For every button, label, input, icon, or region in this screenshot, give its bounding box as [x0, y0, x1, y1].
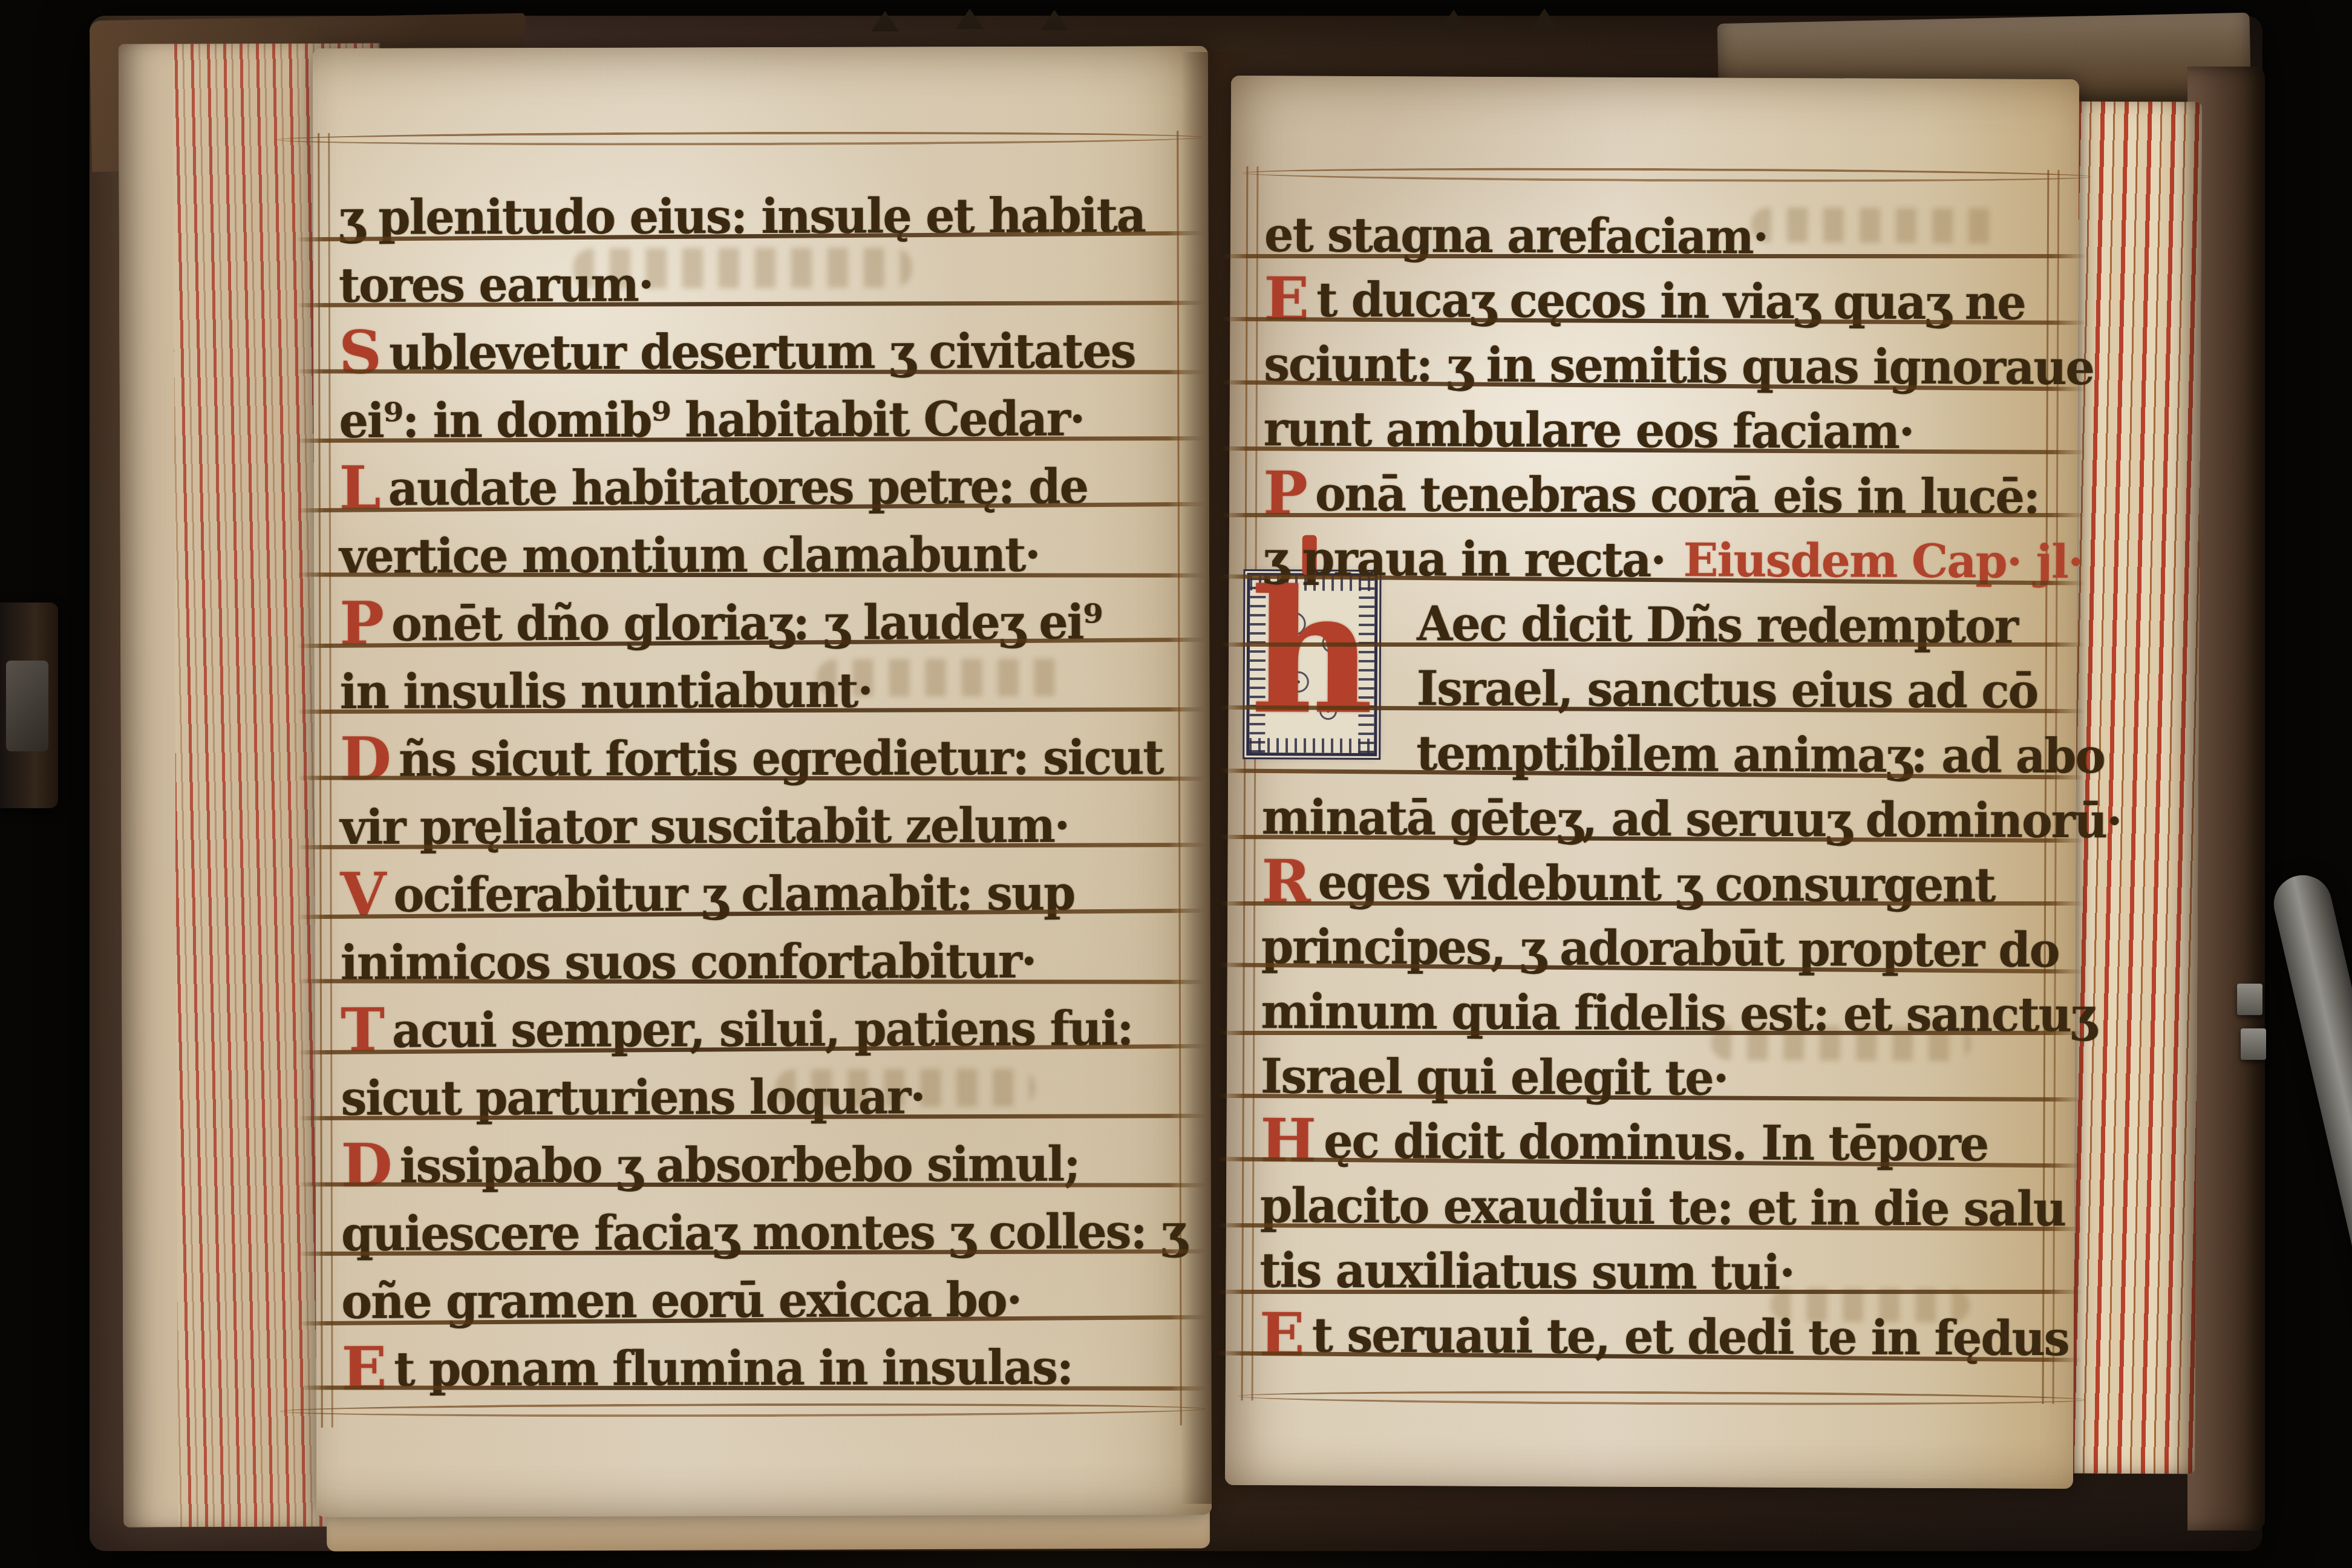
manuscript-line: Dñs sicut fortis egredietur: sicut [340, 716, 1187, 786]
line-text: Israel qui elegit te· [1261, 1048, 1728, 1106]
manuscript-line: minum quia fidelis est: et sanctuʒ [1261, 973, 2065, 1042]
catch-plate [2237, 984, 2262, 1015]
manuscript-line: placito exaudiui te: et in die salu [1260, 1168, 2065, 1236]
manuscript-line: ʒ plenitudo eius: insulę et habita [338, 174, 1185, 244]
manuscript-line: Israel, sanctus eius ad cō [1262, 650, 2066, 718]
left-text-column: ʒ plenitudo eius: insulę et habitatores … [338, 174, 1188, 1396]
chapter-rubric: Eiusdem Cap· jl· [1683, 533, 2082, 589]
manuscript-line: sciunt: ʒ in semitis quas ignoraue [1264, 326, 2068, 394]
versal-initial: P [1263, 467, 1308, 521]
manuscript-line: inimicos suos confortabitur· [341, 920, 1187, 990]
clasp-strap [0, 603, 58, 808]
line-text: sciunt: ʒ in semitis quas ignoraue [1264, 336, 2094, 396]
bottom-ruling-line [280, 1402, 1206, 1418]
fore-edge-leaves-right [2070, 101, 2202, 1474]
clasp-metal-plate [6, 661, 48, 751]
versal-initial: H [1260, 1114, 1316, 1168]
versal-initial: E [1259, 1308, 1305, 1362]
line-text: onēt dño gloriaʒ: ʒ laudeʒ ei⁹ [391, 594, 1102, 652]
manuscript-line: Et ducaʒ cęcos in viaʒ quaʒ ne [1264, 261, 2068, 330]
manuscript-line: quiescere faciaʒ montes ʒ colles: ʒ [341, 1191, 1188, 1261]
manuscript-line: sicut parturiens loquar· [341, 1055, 1187, 1125]
line-text: ʒ plenitudo eius: insulę et habita [338, 188, 1145, 246]
line-text: oñe gramen eorū exicca bo· [341, 1272, 1021, 1330]
manuscript-line: in insulis nuntiabunt· [339, 648, 1186, 719]
line-text: Israel, sanctus eius ad cō [1416, 661, 2037, 719]
manuscript-line: oñe gramen eorū exicca bo· [341, 1258, 1188, 1328]
manuscript-line: vertice montium clamabunt· [339, 513, 1186, 583]
right-text-column: et stagna arefaciam·Et ducaʒ cęcos in vi… [1259, 197, 2069, 1365]
manuscript-line: Ponēt dño gloriaʒ: ʒ laudeʒ ei⁹ [339, 581, 1186, 651]
versal-initial: E [341, 1342, 387, 1396]
versal-initial: P [339, 597, 384, 650]
book-stand-rod [2268, 869, 2352, 1390]
manuscript-line: Aec dicit Dñs redemptor [1263, 585, 2067, 653]
versal-initial: L [339, 462, 381, 515]
line-text: onā tenebras corā eis in lucē: [1315, 466, 2039, 525]
line-text: t seruaui te, et dedi te in fędus [1312, 1307, 2069, 1367]
manuscript-line: Reges videbunt ʒ consurgent [1261, 844, 2066, 912]
line-text: sicut parturiens loquar· [341, 1069, 924, 1126]
line-text: ñs sicut fortis egredietur: sicut [399, 729, 1163, 787]
line-text: acui semper, silui, patiens fui: [392, 1001, 1133, 1059]
manuscript-line: tores earum· [339, 242, 1186, 312]
versal-initial: S [339, 326, 382, 379]
manuscript-line: ʒ praua in recta·Eiusdem Cap· jl· [1263, 520, 2067, 589]
bottom-ruling-line [1238, 1390, 2086, 1406]
line-text: audate habitatores petrę: de [388, 459, 1088, 517]
manuscript-line: principes, ʒ adorabūt propter do [1261, 909, 2066, 977]
manuscript-line: vir pręliator suscitabit zelum· [340, 784, 1187, 854]
versal-initial: D [340, 733, 391, 786]
line-text: quiescere faciaʒ montes ʒ colles: ʒ [341, 1203, 1186, 1261]
manuscript-line: Laudate habitatores petrę: de [339, 445, 1186, 515]
line-text: eges videbunt ʒ consurgent [1318, 854, 1995, 913]
line-text: runt ambulare eos faciam· [1263, 400, 1913, 459]
line-text: tores earum· [339, 256, 653, 313]
right-page: h et stagna arefaciam·Et ducaʒ cęcos in … [1225, 76, 2079, 1489]
manuscript-line: Et seruaui te, et dedi te in fędus [1259, 1297, 2064, 1365]
manuscript-line: ei⁹: in domib⁹ habitabit Cedar· [339, 377, 1186, 448]
versal-initial: V [340, 868, 386, 921]
line-text: in insulis nuntiabunt· [339, 662, 872, 720]
manuscript-line: minatā gēteʒ, ad seruuʒ dominorū· [1262, 779, 2066, 848]
line-text: ei⁹: in domib⁹ habitabit Cedar· [339, 391, 1084, 449]
versal-initial: E [1264, 273, 1309, 327]
line-text: vertice montium clamabunt· [339, 526, 1040, 584]
line-text: tis auxiliatus sum tui· [1259, 1242, 1794, 1300]
manuscript-line: temptibilem animaʒ: ad abo [1262, 714, 2066, 783]
line-text: minatā gēteʒ, ad seruuʒ dominorū· [1262, 789, 2122, 849]
line-text: minum quia fidelis est: et sanctuʒ [1261, 983, 2096, 1043]
line-text: placito exaudiui te: et in die salu [1260, 1177, 2065, 1236]
line-text: t ducaʒ cęcos in viaʒ quaʒ ne [1316, 272, 2025, 331]
manuscript-line: tis auxiliatus sum tui· [1259, 1232, 2064, 1301]
line-text: vir pręliator suscitabit zelum· [340, 797, 1069, 855]
top-ruling-line [276, 131, 1202, 146]
left-page: ʒ plenitudo eius: insulę et habitatores … [313, 46, 1212, 1517]
line-text: ęc dicit dominus. In tēpore [1324, 1113, 1988, 1172]
line-text: et stagna arefaciam· [1264, 206, 1768, 264]
line-text: principes, ʒ adorabūt propter do [1261, 918, 2059, 978]
manuscript-line: et stagna arefaciam· [1264, 197, 2069, 265]
manuscript-line: Vociferabitur ʒ clamabit: sup [340, 852, 1187, 922]
line-text: inimicos suos confortabitur· [341, 933, 1036, 991]
manuscript-line: Hęc dicit dominus. In tēpore [1260, 1103, 2065, 1171]
line-text: temptibilem animaʒ: ad abo [1416, 725, 2105, 785]
versal-initial: D [341, 1139, 393, 1192]
manuscript-line: Tacui semper, silui, patiens fui: [341, 987, 1187, 1057]
line-text: issipabo ʒ absorbebo simul; [400, 1136, 1080, 1194]
manuscript-line: Ponā tenebras corā eis in lucē: [1263, 456, 2068, 524]
line-text: ʒ praua in recta· [1263, 530, 1665, 587]
manuscript-line: Et ponam flumina in insulas: [341, 1326, 1188, 1396]
line-text: Aec dicit Dñs redemptor [1417, 596, 2017, 655]
top-ruling-line [1243, 166, 2091, 183]
manuscript-line: Sublevetur desertum ʒ civitates [339, 310, 1186, 380]
line-text: ublevetur desertum ʒ civitates [389, 323, 1135, 381]
manuscript-line: Israel qui elegit te· [1261, 1038, 2065, 1106]
margin-ruling-left [318, 133, 333, 1428]
versal-initial: R [1261, 855, 1311, 909]
margin-ruling-left [1241, 166, 1259, 1400]
manuscript-line: runt ambulare eos faciam· [1263, 391, 2068, 459]
catch-plate [2241, 1028, 2266, 1060]
line-text: ociferabitur ʒ clamabit: sup [393, 865, 1074, 923]
versal-initial: T [341, 1004, 385, 1057]
line-text: t ponam flumina in insulas: [394, 1339, 1073, 1397]
manuscript-line: Dissipabo ʒ absorbebo simul; [341, 1123, 1187, 1193]
manuscript-photo: ʒ plenitudo eius: insulę et habitatores … [0, 0, 2352, 1568]
